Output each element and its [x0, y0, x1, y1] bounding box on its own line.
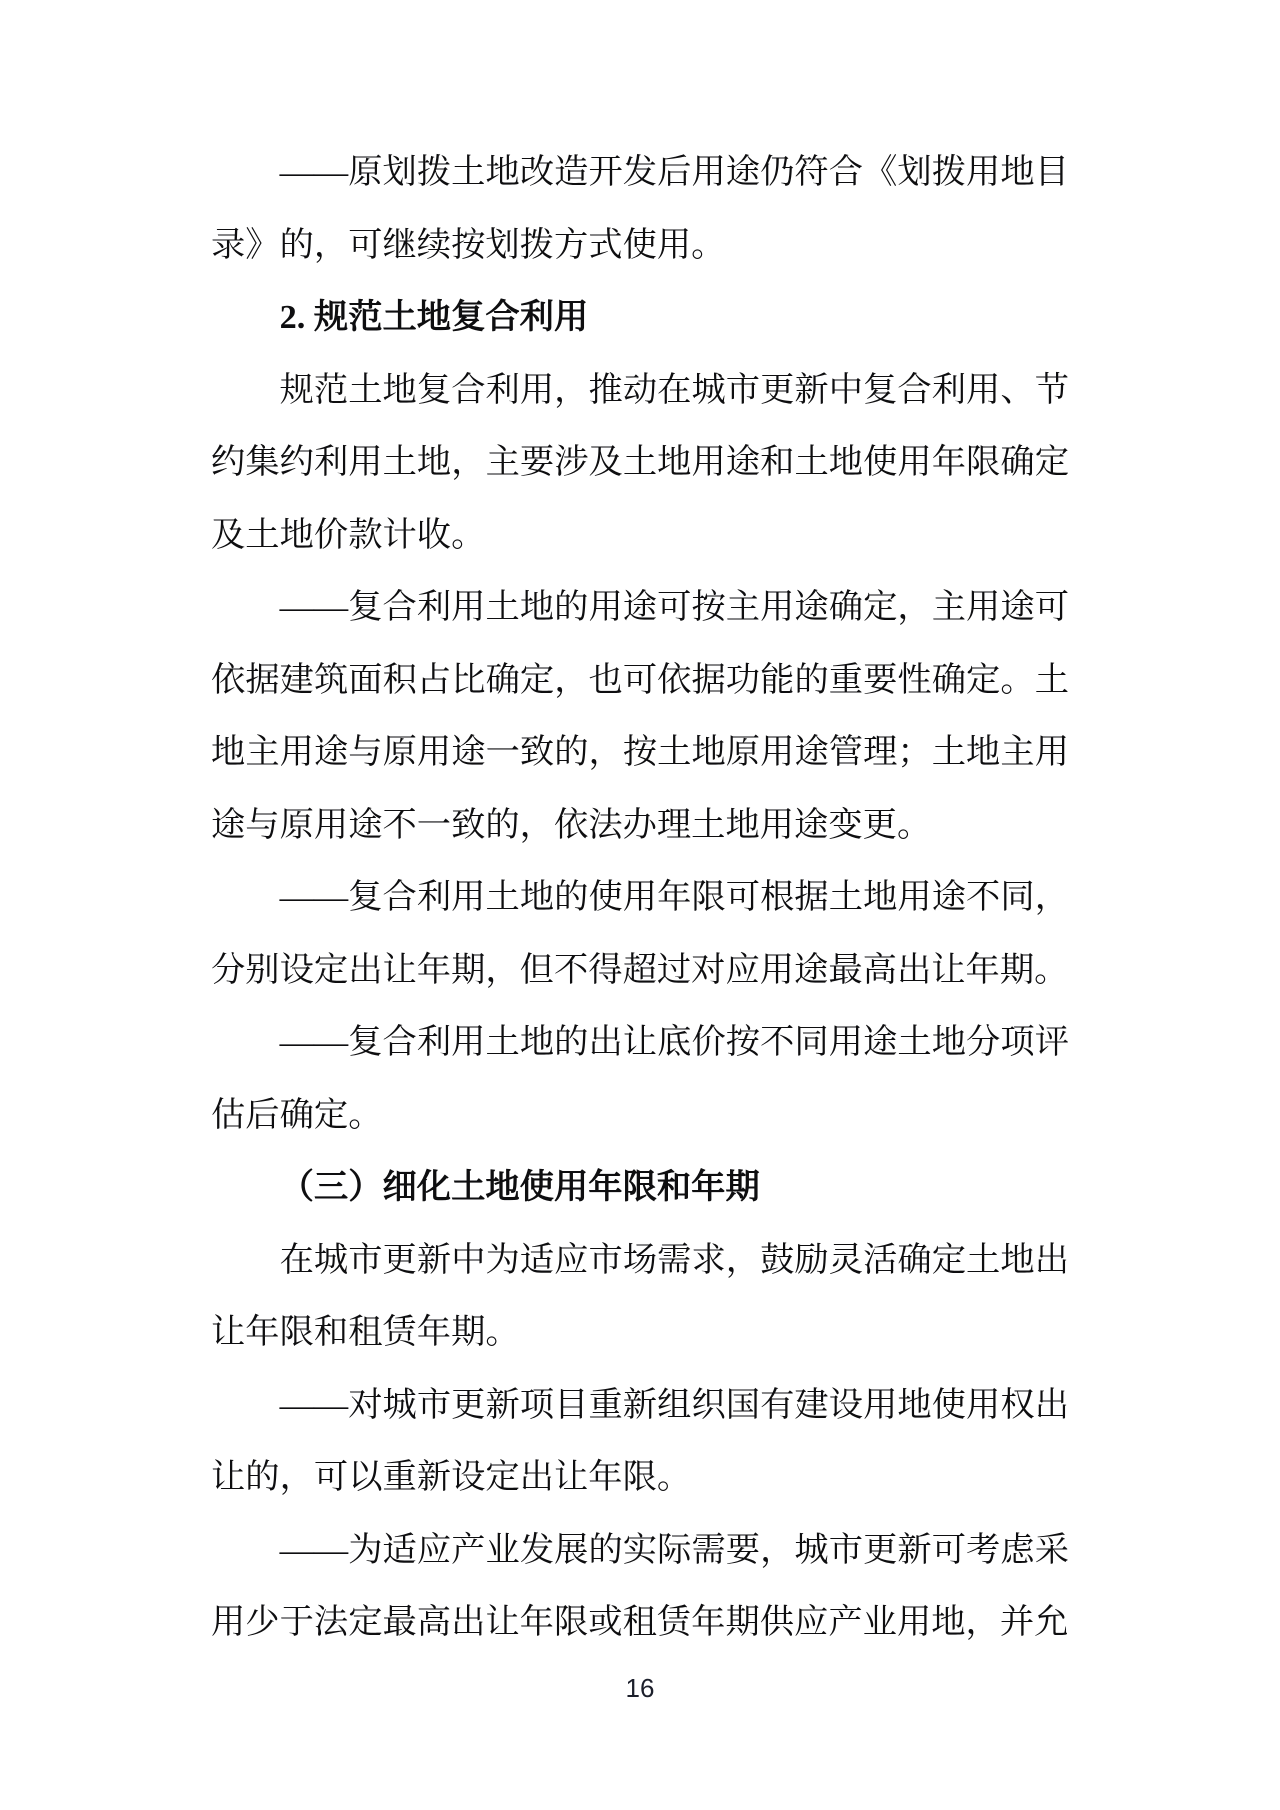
- paragraph: ——复合利用土地的出让底价按不同用途土地分项评估后确定。: [211, 1006, 1069, 1151]
- paragraph: ——对城市更新项目重新组织国有建设用地使用权出让的，可以重新设定出让年限。: [211, 1369, 1069, 1514]
- paragraph: ——复合利用土地的用途可按主用途确定，主用途可依据建筑面积占比确定，也可依据功能…: [211, 571, 1069, 861]
- paragraph: ——为适应产业发展的实际需要，城市更新可考虑采用少于法定最高出让年限或租赁年期供…: [211, 1514, 1069, 1659]
- document-page: ——原划拨土地改造开发后用途仍符合《划拨用地目录》的，可继续按划拨方式使用。2.…: [0, 0, 1280, 1810]
- paragraph: ——原划拨土地改造开发后用途仍符合《划拨用地目录》的，可继续按划拨方式使用。: [211, 136, 1069, 281]
- page-number: 16: [0, 1671, 1280, 1705]
- numbered-heading: 2. 规范土地复合利用: [211, 281, 1069, 354]
- paragraph: ——复合利用土地的使用年限可根据土地用途不同，分别设定出让年期，但不得超过对应用…: [211, 861, 1069, 1006]
- document-body: ——原划拨土地改造开发后用途仍符合《划拨用地目录》的，可继续按划拨方式使用。2.…: [211, 136, 1069, 1659]
- paragraph: 在城市更新中为适应市场需求，鼓励灵活确定土地出让年限和租赁年期。: [211, 1224, 1069, 1369]
- paragraph: 规范土地复合利用，推动在城市更新中复合利用、节约集约利用土地，主要涉及土地用途和…: [211, 354, 1069, 572]
- section-heading: （三）细化土地使用年限和年期: [211, 1151, 1069, 1224]
